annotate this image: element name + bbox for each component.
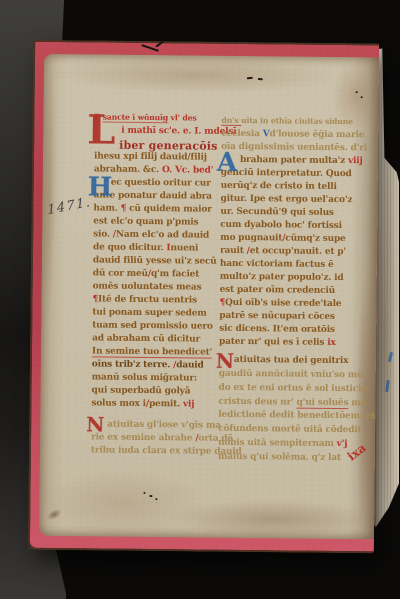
manuscript-text-line: ante ponatur dauid abra — [94, 190, 222, 204]
manuscript-text-line: ec questio oritur cur — [94, 177, 222, 191]
illuminated-initial-N: N — [86, 414, 104, 434]
manuscript-photo-scene: P sancte ī wōnuīg vl' desi mathī sc'e. e… — [0, 0, 400, 599]
manuscript-text-line: atiuitas gl'iose v'gīs ma — [91, 419, 219, 433]
manuscript-text-line: maius q'ui solēma. q'z lat — [218, 451, 350, 466]
blue-ink-mark — [388, 352, 393, 362]
manuscript-text-line: gaudiū annūciauit vniu'so mū — [219, 368, 351, 383]
ink-speck — [361, 96, 363, 98]
ink-speck — [356, 91, 358, 93]
manuscript-text-line: pater nr' qui es ī celis ix — [219, 337, 351, 351]
manuscript-book: P sancte ī wōnuīg vl' desi mathī sc'e. e… — [28, 40, 379, 554]
manuscript-text-line: rie ex semine abrahe /orta dē — [91, 432, 219, 446]
manuscript-text-line: cōfundens mortē uitā cōdedit — [218, 423, 350, 438]
illuminated-initial-H: H — [88, 174, 113, 200]
manuscript-text-line: manū solus miḡratur: — [92, 372, 220, 386]
manuscript-text-line: oīns trib'z terre. /dauid — [92, 359, 220, 373]
illuminated-initial-L: L — [87, 110, 116, 150]
manuscript-text-line: solus mox i/pemit. vij — [91, 398, 219, 412]
manuscript-text-line: do ex te eni ortus ē sol iusticie — [218, 382, 350, 397]
text-column-right: dn's uita in ethīa ciuitas siduneecclesi… — [218, 116, 354, 466]
manuscript-text-line: cristus deus nr' q'ui soluēs ma — [218, 395, 350, 410]
illuminated-initial-A: A — [217, 150, 237, 176]
manuscript-text-line: de quo dicitur. Inueni — [93, 242, 221, 256]
text-column-left: P sancte ī wōnuīg vl' desi mathī sc'e. e… — [91, 112, 223, 459]
manuscript-text-line: In semine tuo benedicet' — [92, 346, 220, 360]
manuscript-text-line: dauid filiū yesse ui'z secū — [93, 255, 221, 269]
manuscript-text-line: tribu iuda clara ex stirpe dauid — [91, 445, 219, 459]
manuscript-text-line: tuam sed promissio uero — [92, 320, 220, 334]
manuscript-text-line: ¶Itē de fructu uentris — [92, 294, 220, 308]
illuminated-initial-N: N — [216, 351, 234, 371]
manuscript-text-line: ledictionē dedit benedictōem. et — [218, 409, 350, 424]
manuscript-text-line: ad abraham cū dicitur — [92, 333, 220, 347]
manuscript-text-line: abraham. &c. O. Vc. bed' — [94, 164, 222, 178]
sewing-mark — [258, 78, 263, 80]
manuscript-text-line: sio. /Nam elc'o ad dauid — [93, 229, 221, 243]
manuscript-text-line: ham. ¶ cū quidem maior — [93, 203, 221, 217]
blue-ink-mark — [385, 380, 389, 392]
ink-speck — [155, 498, 157, 500]
manuscript-text-line: tui ponam super sedem — [92, 307, 220, 321]
manuscript-text-line: nobis uitā sempiternam v'j — [218, 437, 350, 452]
manuscript-text-line: qui superbadū golyā — [91, 385, 219, 399]
ink-speck — [143, 492, 145, 494]
ink-speck — [149, 495, 152, 497]
manuscript-text-line: omēs uoluntates meas — [93, 281, 221, 295]
manuscript-text-line: est elc'o quam p'pmis — [93, 216, 221, 230]
manuscript-text-line: dū cor meū/q'm faciet — [93, 268, 221, 282]
